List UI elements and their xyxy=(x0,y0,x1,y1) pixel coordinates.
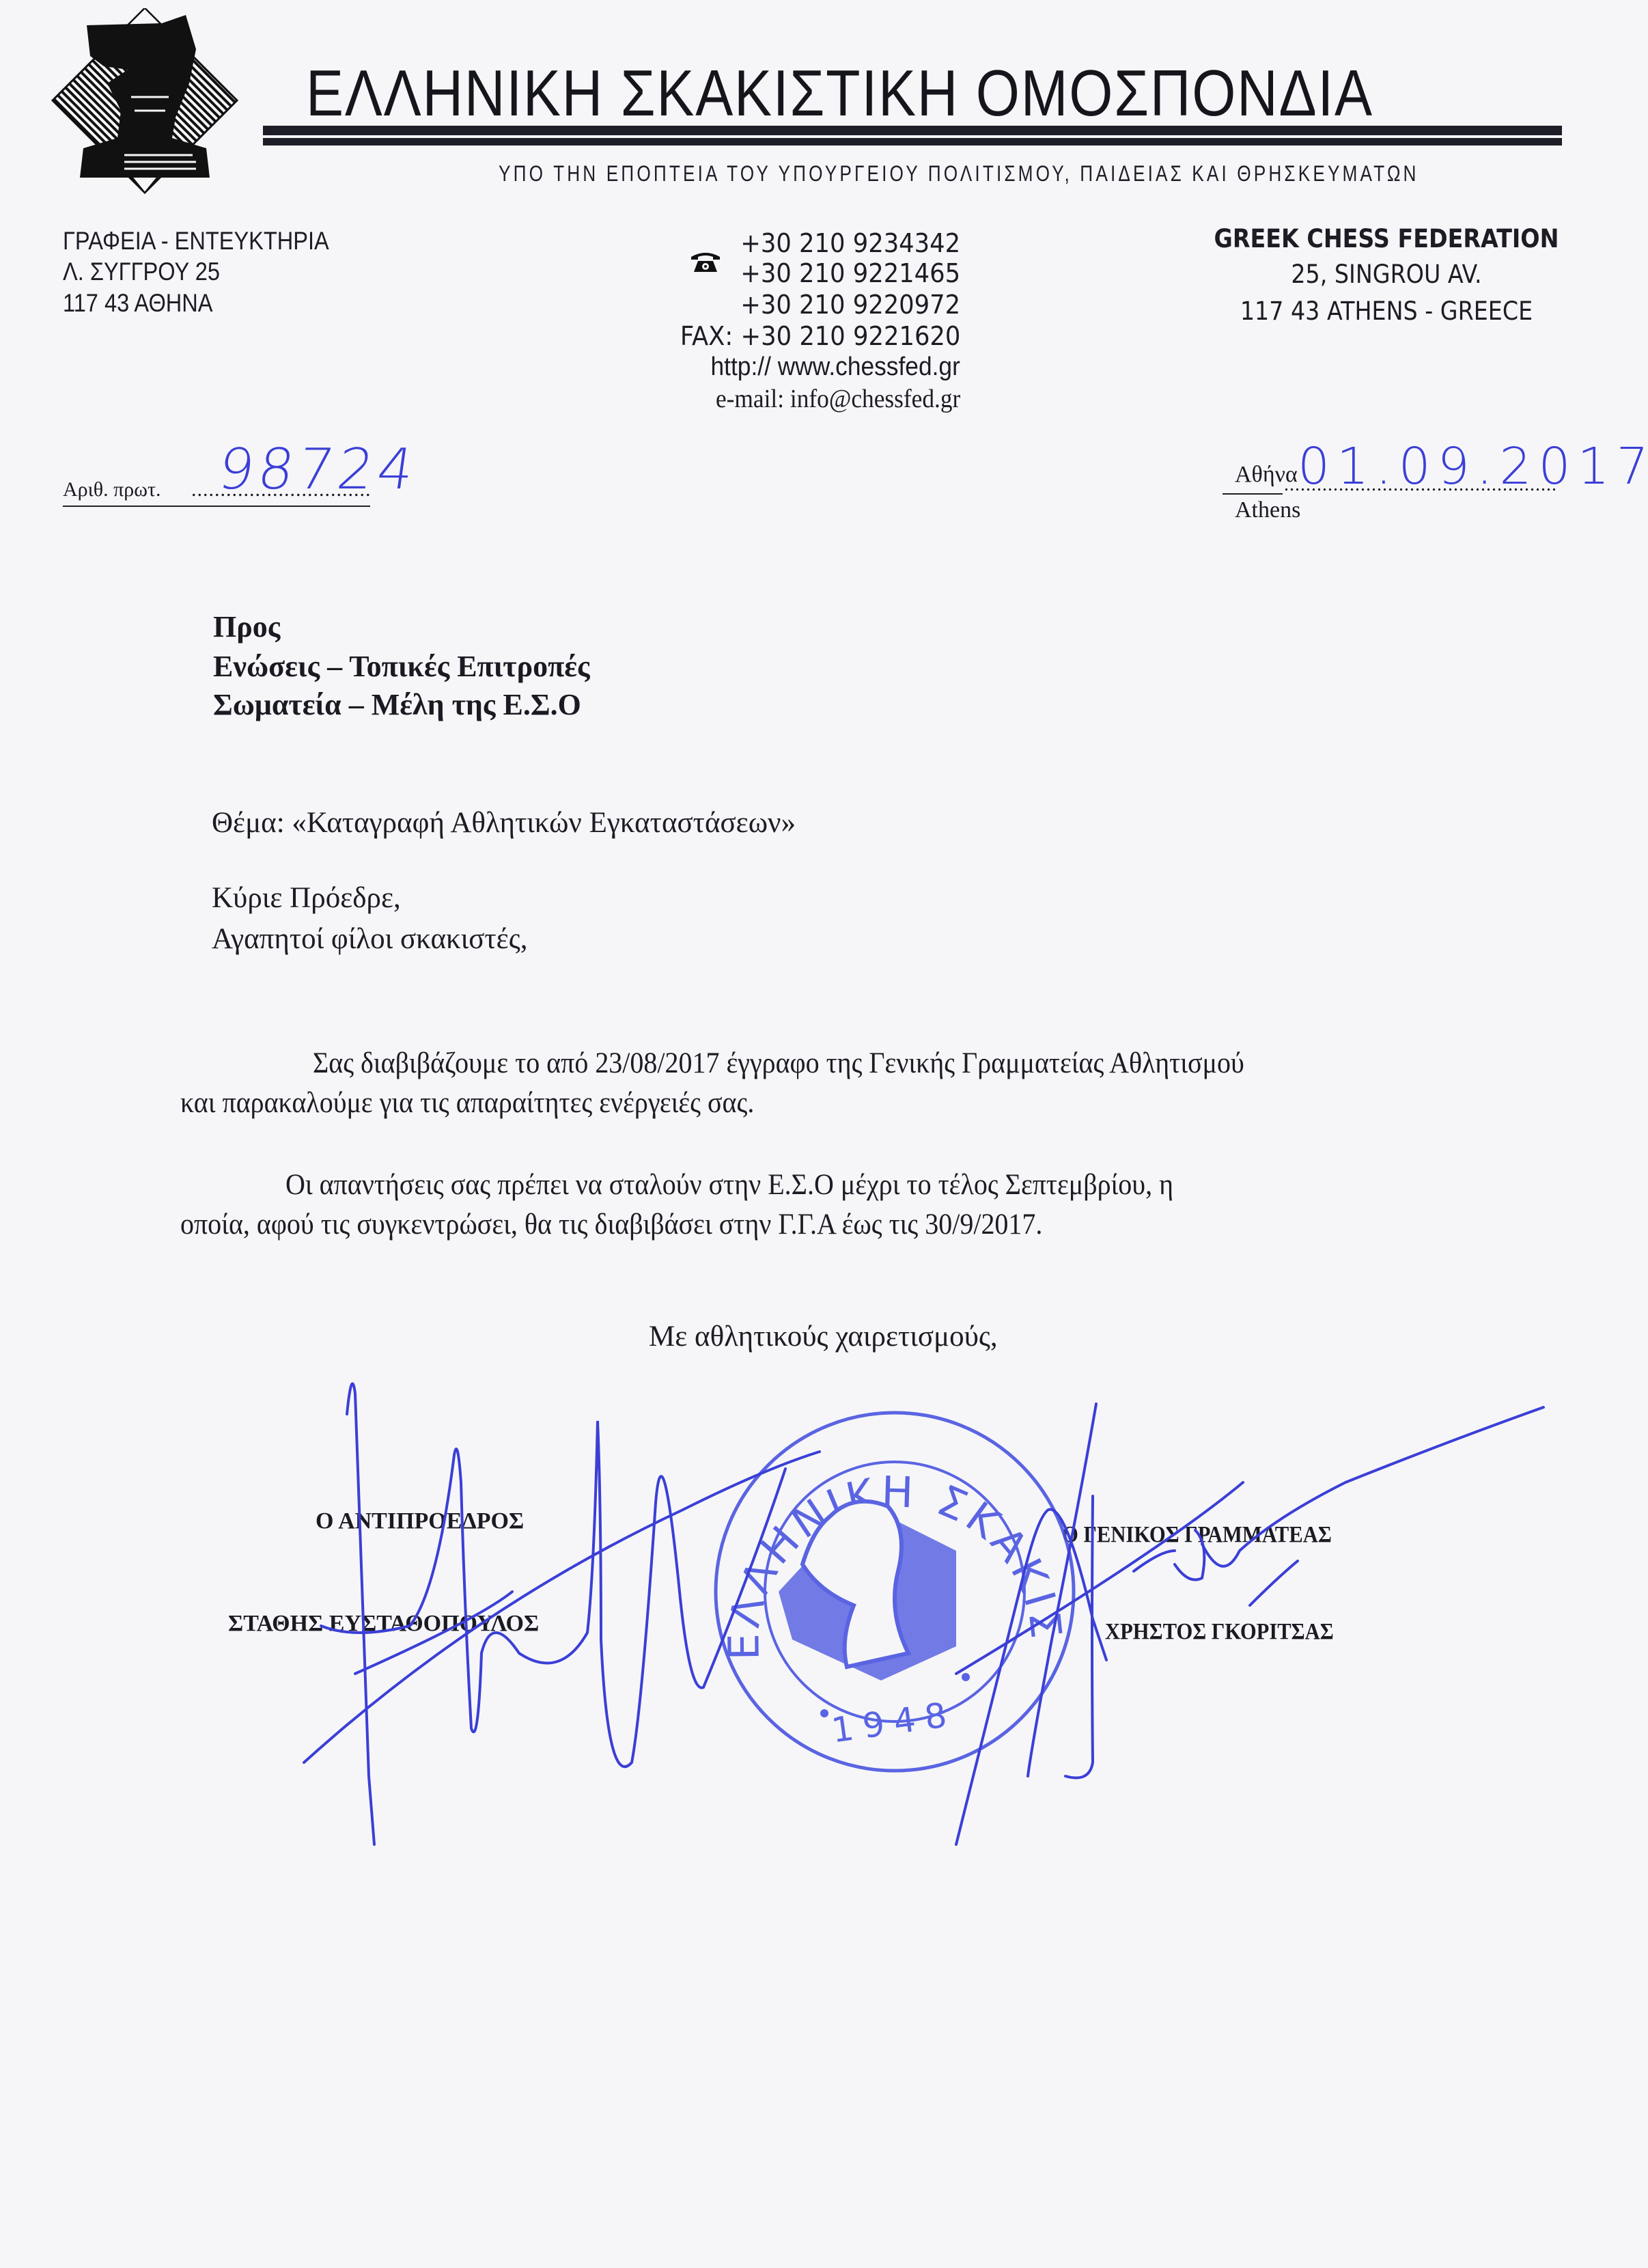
header-rule xyxy=(263,138,1562,146)
protocol-underline xyxy=(63,506,370,507)
organization-name: ΕΛΛΗΝΙΚΗ ΣΚΑΚΙΣΤΙΚΗ ΟΜΟΣΠΟΝΔΙΑ xyxy=(306,56,1373,131)
subject-line: Θέμα: «Καταγραφή Αθλητικών Εγκαταστάσεων… xyxy=(212,806,796,840)
phone-number: +30 210 9220972 xyxy=(740,290,960,320)
salutation: Κύριε Πρόεδρε, xyxy=(212,881,401,915)
paragraph-line: οποία, αφού τις συγκεντρώσει, θα τις δια… xyxy=(180,1208,1042,1241)
paragraph-line: Σας διαβιβάζουμε το από 23/08/2017 έγγρα… xyxy=(313,1047,1244,1080)
header-rule xyxy=(263,126,1562,135)
protocol-label: Αριθ. πρωτ. xyxy=(63,478,161,501)
date-handwritten: 01.09.2017 xyxy=(1298,437,1648,496)
signatory-title: Ο ΓΕΝΙΚΟΣ ΓΡΑΜΜΑΤΕΑΣ xyxy=(1062,1522,1332,1548)
date-label-en: Athens xyxy=(1235,497,1300,523)
signatory-name: ΣΤΑΘΗΣ ΕΥΣΤΑΘΟΠΟΥΛΟΣ xyxy=(228,1611,539,1637)
telephone-icon xyxy=(690,250,721,273)
paragraph-line: Οι απαντήσεις σας πρέπει να σταλούν στην… xyxy=(285,1168,1173,1202)
address-en-line: 117 43 ATHENS - GREECE xyxy=(1202,296,1571,326)
email-link[interactable]: e-mail: info@chessfed.gr xyxy=(716,384,960,414)
address-en-line: GREEK CHESS FEDERATION xyxy=(1202,224,1571,253)
paragraph-line: και παρακαλούμε για τις απαραίτητες ενέρ… xyxy=(180,1086,754,1120)
recipient-line: Προς xyxy=(213,609,280,644)
closing-line: Με αθλητικούς χαιρετισμούς, xyxy=(649,1320,998,1353)
address-gr-line: Λ. ΣΥΓΓΡΟΥ 25 xyxy=(63,258,220,286)
recipient-line: Σωματεία – Μέλη της Ε.Σ.Ο xyxy=(213,687,581,722)
date-label-underline xyxy=(1223,493,1283,495)
fax-number: FAX: +30 210 9221620 xyxy=(680,321,960,351)
signatory-name: ΧΡΗΣΤΟΣ ΓΚΟΡΙΤΣΑΣ xyxy=(1105,1619,1334,1645)
website-link[interactable]: http:// www.chessfed.gr xyxy=(711,352,960,382)
address-gr-line: ΓΡΑΦΕΙΑ - ΕΝΤΕΥΚΤΗΡΙΑ xyxy=(63,227,329,255)
signatory-title: Ο ΑΝΤΙΠΡΟΕΔΡΟΣ xyxy=(316,1508,524,1534)
stamp-knight-icon xyxy=(779,1503,956,1681)
recipient-line: Ενώσεις – Τοπικές Επιτροπές xyxy=(213,649,590,684)
address-en-line: 25, SINGROU AV. xyxy=(1202,260,1571,289)
salutation: Αγαπητοί φίλοι σκακιστές, xyxy=(212,922,528,956)
address-gr-line: 117 43 ΑΘΗΝΑ xyxy=(63,289,213,318)
phone-number: +30 210 9234342 xyxy=(740,228,960,258)
chess-knight-logo-icon xyxy=(42,8,247,199)
stamp-year: 1948 xyxy=(829,1694,959,1751)
phone-number: +30 210 9221465 xyxy=(740,258,960,288)
supervision-line: ΥΠΟ ΤΗΝ ΕΠΟΠΤΕΙΑ ΤΟΥ ΥΠΟΥΡΓΕΙΟΥ ΠΟΛΙΤΙΣΜ… xyxy=(499,161,1419,186)
protocol-number-handwritten: 98724 xyxy=(214,437,421,502)
